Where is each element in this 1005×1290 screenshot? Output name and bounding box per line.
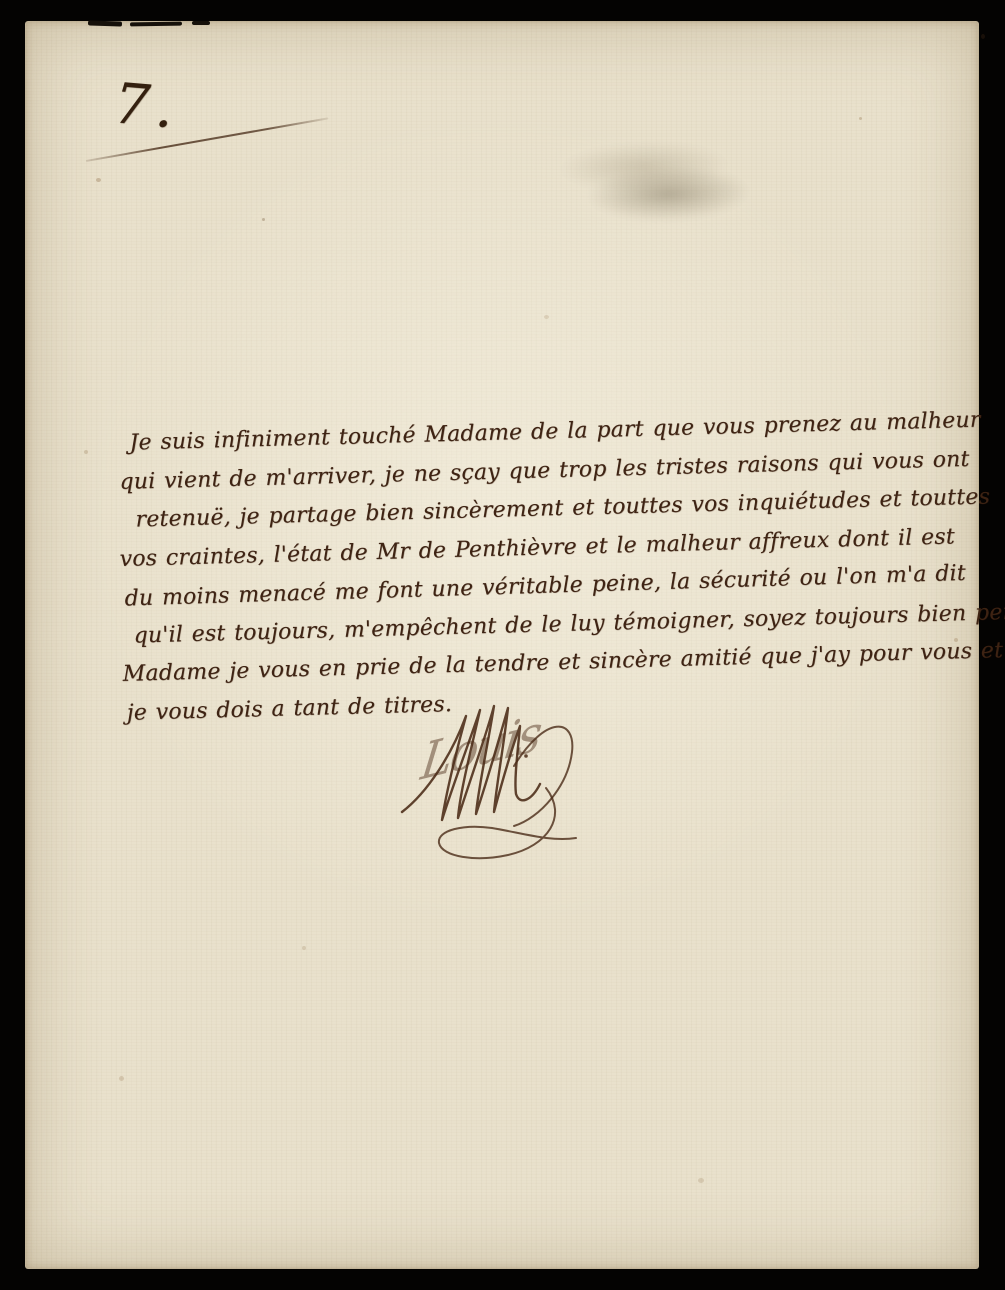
signature: Louis bbox=[394, 694, 634, 894]
paper-speck bbox=[119, 1076, 124, 1081]
paper-speck bbox=[859, 117, 862, 120]
paper-speck bbox=[981, 34, 985, 39]
paper-speck bbox=[954, 638, 958, 642]
paper-speck bbox=[302, 946, 306, 950]
letter-body: Je suis infiniment touché Madame de la p… bbox=[116, 399, 1005, 733]
paper-edge-chip bbox=[88, 20, 122, 26]
paper-edge-chip bbox=[130, 22, 182, 27]
page-number-mark: 7. bbox=[108, 74, 288, 194]
signature-flourish-icon bbox=[394, 694, 634, 894]
page-number-text: 7. bbox=[111, 71, 182, 141]
scan-background: 7. Je suis infiniment touché Madame de l… bbox=[0, 0, 1005, 1290]
letter-page: 7. Je suis infiniment touché Madame de l… bbox=[25, 21, 979, 1269]
paper-speck bbox=[96, 178, 101, 182]
paper-edge-chip bbox=[192, 21, 210, 25]
paper-speck bbox=[698, 1178, 704, 1183]
paper-speck bbox=[84, 450, 88, 454]
paper-speck bbox=[262, 218, 265, 221]
paper-speck bbox=[544, 315, 549, 319]
ink-showthrough-smudge bbox=[545, 136, 783, 226]
